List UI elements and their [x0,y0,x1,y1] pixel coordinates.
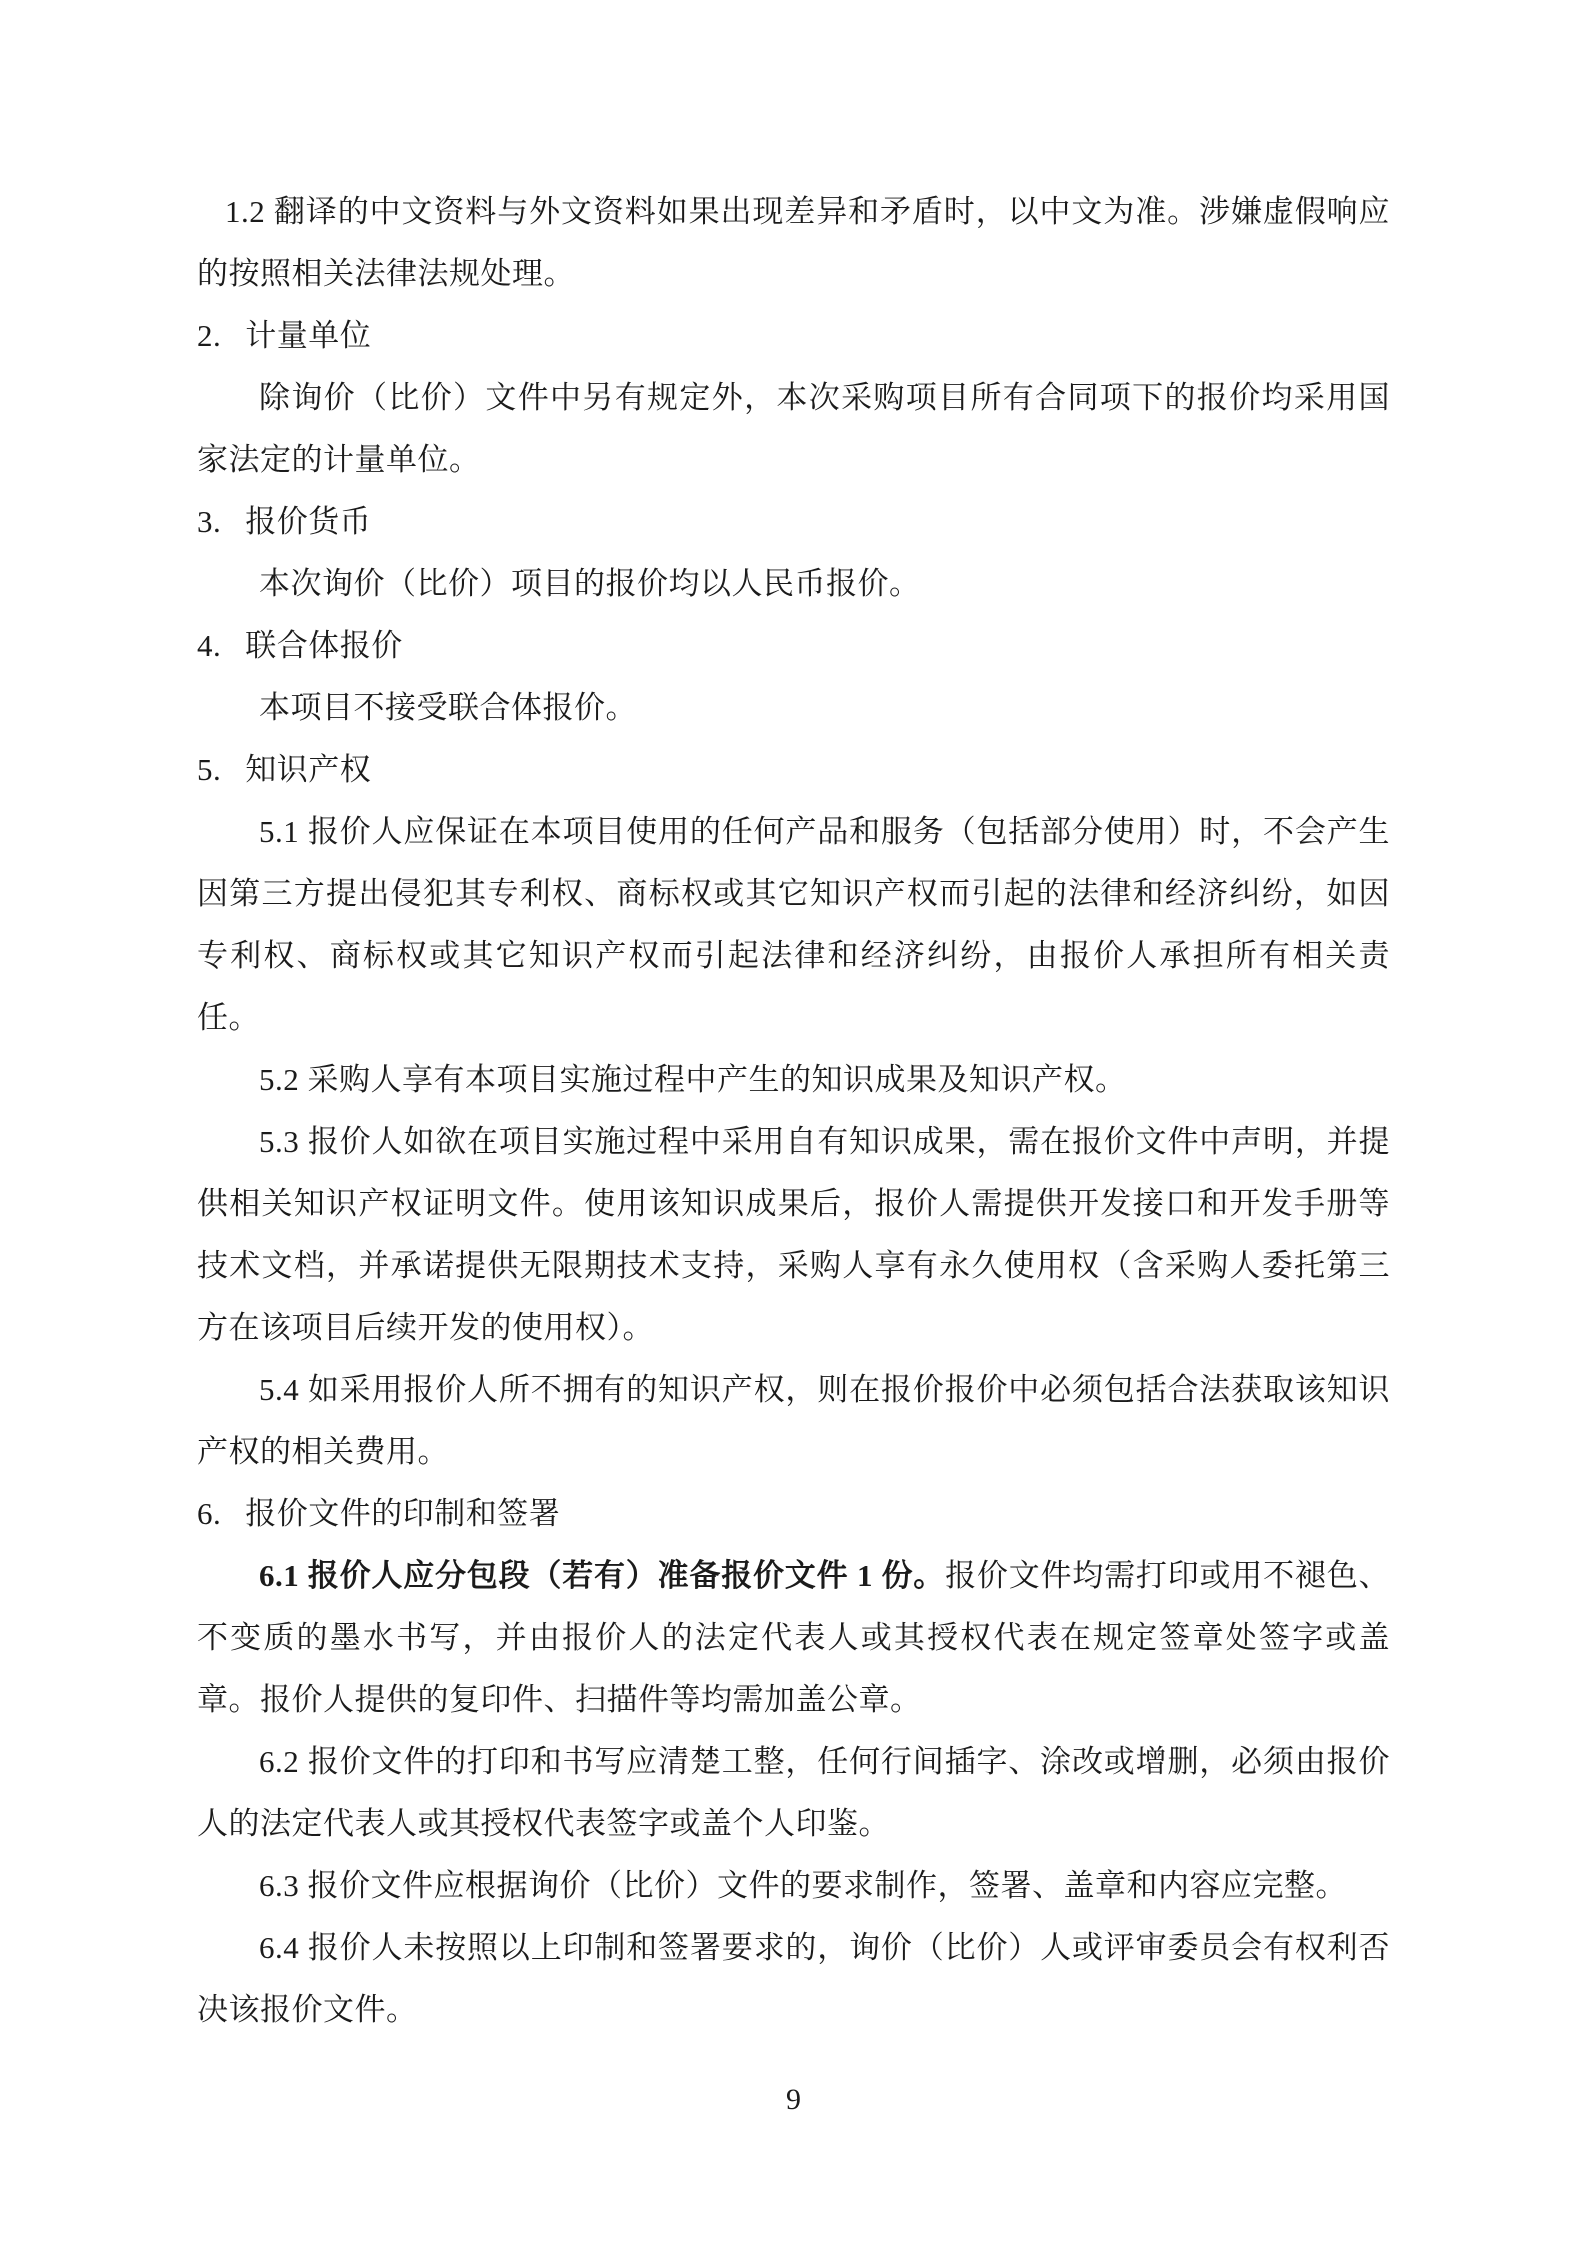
clause-text: 6.2 报价文件的打印和书写应清楚工整，任何行间插字、涂改或增删，必须由报价人的… [197,1744,1390,1841]
clause-text: 5.2 采购人享有本项目实施过程中产生的知识成果及知识产权。 [259,1062,1127,1097]
clause-paragraph: 6.4 报价人未按照以上印制和签署要求的，询价（比价）人或评审委员会有权利否决该… [197,1917,1390,2041]
heading-title: 计量单位 [245,318,371,353]
clause-text: 5.3 报价人如欲在项目实施过程中采用自有知识成果，需在报价文件中声明，并提供相… [197,1124,1390,1345]
section-heading: 4.联合体报价 [197,615,1390,677]
clause-text: 本次询价（比价）项目的报价均以人民币报价。 [259,566,921,601]
clause-text: 5.4 如采用报价人所不拥有的知识产权，则在报价报价中必须包括合法获取该知识产权… [197,1372,1390,1469]
clause-paragraph: 6.1 报价人应分包段（若有）准备报价文件 1 份。报价文件均需打印或用不褪色、… [197,1545,1390,1731]
clause-paragraph: 6.2 报价文件的打印和书写应清楚工整，任何行间插字、涂改或增删，必须由报价人的… [197,1731,1390,1855]
heading-number: 6. [197,1496,221,1531]
document-body: 1.2 翻译的中文资料与外文资料如果出现差异和矛盾时，以中文为准。涉嫌虚假响应的… [197,181,1390,2041]
section-heading: 2.计量单位 [197,305,1390,367]
clause-paragraph: 5.1 报价人应保证在本项目使用的任何产品和服务（包括部分使用）时，不会产生因第… [197,801,1390,1049]
heading-number: 4. [197,628,221,663]
clause-text: 6.4 报价人未按照以上印制和签署要求的，询价（比价）人或评审委员会有权利否决该… [197,1930,1390,2027]
heading-number: 5. [197,752,221,787]
clause-paragraph: 5.3 报价人如欲在项目实施过程中采用自有知识成果，需在报价文件中声明，并提供相… [197,1111,1390,1359]
heading-title: 报价文件的印制和签署 [245,1496,560,1531]
section-heading: 3.报价货币 [197,491,1390,553]
clause-text: 1.2 翻译的中文资料与外文资料如果出现差异和矛盾时，以中文为准。涉嫌虚假响应的… [197,194,1390,291]
clause-paragraph: 本项目不接受联合体报价。 [197,677,1390,739]
heading-title: 知识产权 [245,752,371,787]
clause-text: 6.3 报价文件应根据询价（比价）文件的要求制作，签署、盖章和内容应完整。 [259,1868,1347,1903]
page-number: 9 [197,2070,1390,2130]
clause-paragraph: 5.2 采购人享有本项目实施过程中产生的知识成果及知识产权。 [197,1049,1390,1111]
clause-text: 5.1 报价人应保证在本项目使用的任何产品和服务（包括部分使用）时，不会产生因第… [197,814,1390,1035]
clause-paragraph: 本次询价（比价）项目的报价均以人民币报价。 [197,553,1390,615]
section-heading: 5.知识产权 [197,739,1390,801]
clause-paragraph: 5.4 如采用报价人所不拥有的知识产权，则在报价报价中必须包括合法获取该知识产权… [197,1359,1390,1483]
clause-paragraph: 6.3 报价文件应根据询价（比价）文件的要求制作，签署、盖章和内容应完整。 [197,1855,1390,1917]
heading-number: 3. [197,504,221,539]
clause-text: 除询价（比价）文件中另有规定外，本次采购项目所有合同项下的报价均采用国家法定的计… [197,380,1390,477]
clause-paragraph: 除询价（比价）文件中另有规定外，本次采购项目所有合同项下的报价均采用国家法定的计… [197,367,1390,491]
document-page: 1.2 翻译的中文资料与外文资料如果出现差异和矛盾时，以中文为准。涉嫌虚假响应的… [0,0,1587,2245]
clause-text-bold: 6.1 报价人应分包段（若有）准备报价文件 1 份。 [259,1558,945,1593]
clause-paragraph: 1.2 翻译的中文资料与外文资料如果出现差异和矛盾时，以中文为准。涉嫌虚假响应的… [197,181,1390,305]
heading-title: 报价货币 [245,504,371,539]
heading-title: 联合体报价 [245,628,403,663]
section-heading: 6.报价文件的印制和签署 [197,1483,1390,1545]
clause-text: 本项目不接受联合体报价。 [259,690,637,725]
heading-number: 2. [197,318,221,353]
